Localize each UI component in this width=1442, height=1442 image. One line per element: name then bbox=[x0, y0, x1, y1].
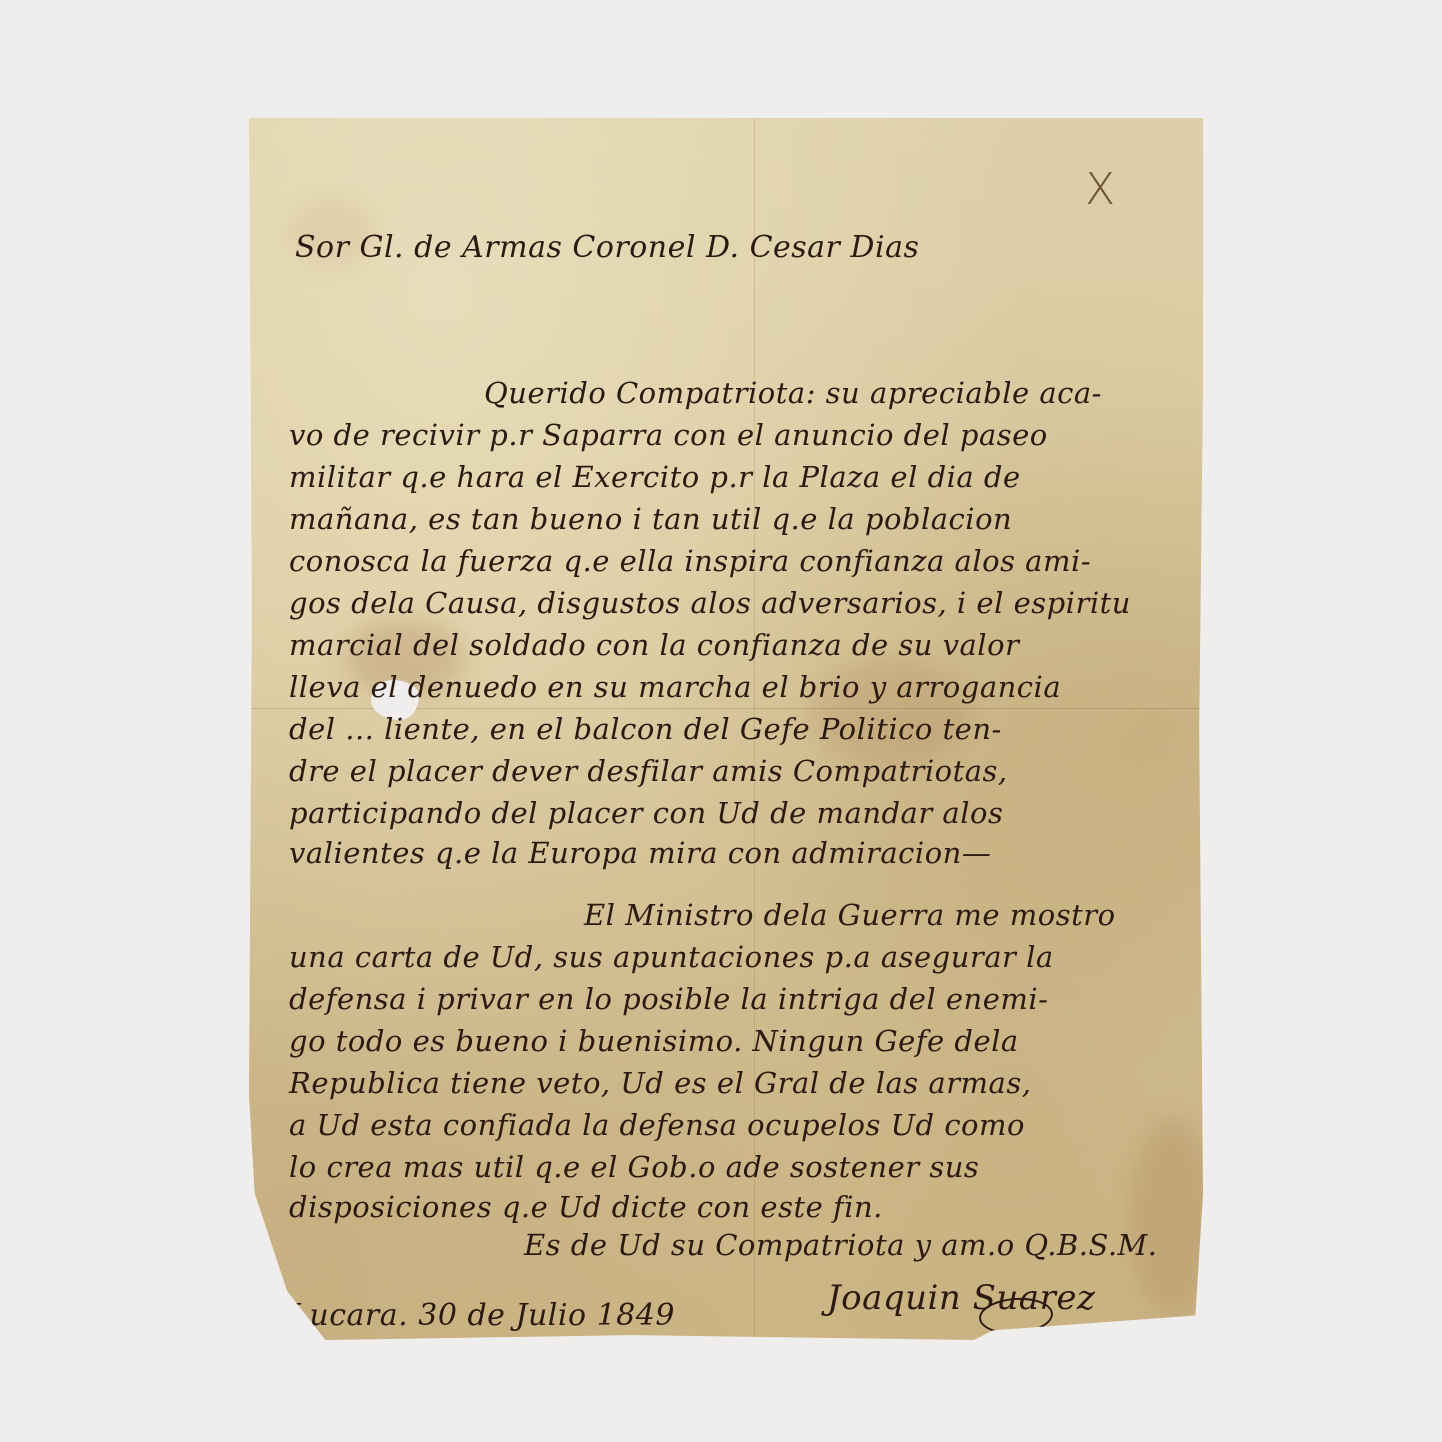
body-line: dre el placer dever desfilar amis Compat… bbox=[289, 754, 1008, 788]
body-line: una carta de Ud, sus apuntaciones p.a as… bbox=[289, 940, 1054, 974]
address-line: Sor Gl. de Armas Coronel D. Cesar Dias bbox=[295, 230, 919, 265]
body-line: mañana, es tan bueno i tan util q.e la p… bbox=[289, 502, 1012, 536]
body-line: lleva el denuedo en su marcha el brio y … bbox=[289, 670, 1061, 704]
body-line: del ... liente, en el balcon del Gefe Po… bbox=[289, 712, 1002, 746]
water-stain bbox=[1129, 1118, 1219, 1318]
body-line: Querido Compatriota: su apreciable aca- bbox=[484, 376, 1102, 410]
body-line: El Ministro dela Guerra me mostro bbox=[584, 898, 1116, 932]
body-line: defensa i privar en lo posible la intrig… bbox=[289, 982, 1048, 1016]
body-line: a Ud esta confiada la defensa ocupelos U… bbox=[289, 1108, 1025, 1142]
body-line: lo crea mas util q.e el Gob.o ade sosten… bbox=[289, 1150, 979, 1184]
corner-x-mark: X bbox=[1085, 164, 1115, 215]
body-line: disposiciones q.e Ud dicte con este fin. bbox=[289, 1190, 883, 1224]
body-line: marcial del soldado con la confianza de … bbox=[289, 628, 1019, 662]
closing-line: Es de Ud su Compatriota y am.o Q.B.S.M. bbox=[524, 1228, 1157, 1262]
body-line: gos dela Causa, disgustos alos adversari… bbox=[289, 586, 1131, 620]
letter-paper: X Sor Gl. de Armas Coronel D. Cesar Dias… bbox=[249, 118, 1203, 1340]
body-line: vo de recivir p.r Saparra con el anuncio… bbox=[289, 418, 1048, 452]
body-line: participando del placer con Ud de mandar… bbox=[289, 796, 1003, 830]
body-line: militar q.e hara el Exercito p.r la Plaz… bbox=[289, 460, 1021, 494]
body-line: Republica tiene veto, Ud es el Gral de l… bbox=[289, 1066, 1031, 1100]
body-line: valientes q.e la Europa mira con admirac… bbox=[289, 836, 991, 870]
body-line: conosca la fuerza q.e ella inspira confi… bbox=[289, 544, 1091, 578]
signature: Joaquin Suarez bbox=[827, 1278, 1095, 1318]
body-line: go todo es bueno i buenisimo. Ningun Gef… bbox=[289, 1024, 1019, 1058]
place-date-line: Lucara. 30 de Julio 1849 bbox=[289, 1298, 675, 1333]
